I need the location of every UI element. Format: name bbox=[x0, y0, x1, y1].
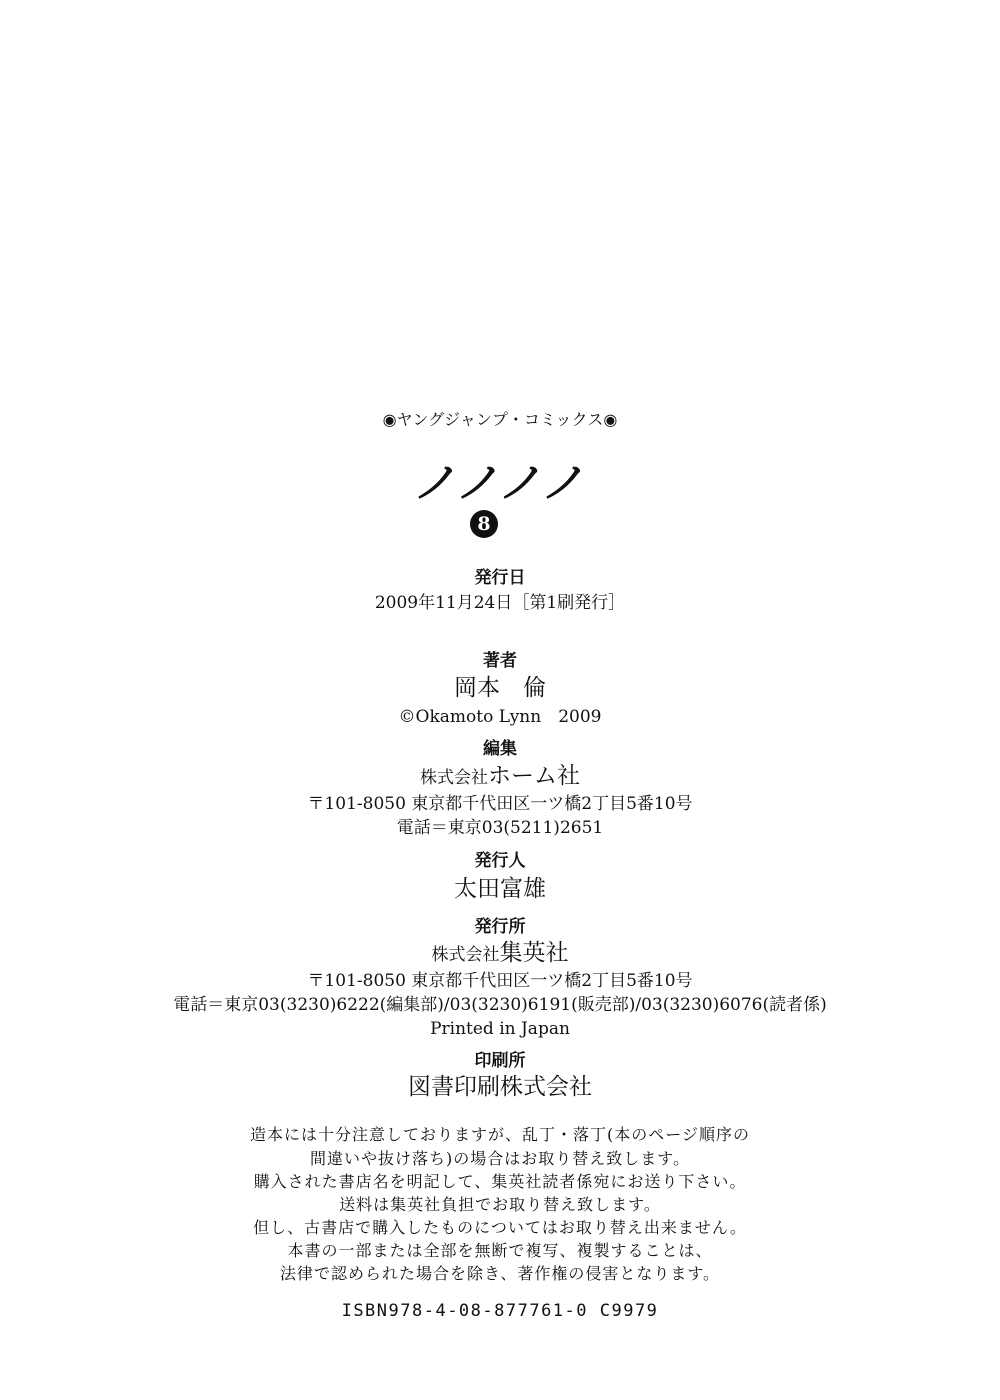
publisher-company-prefix: 株式会社 bbox=[432, 945, 500, 965]
notice-line: 購入された書店名を明記して、集英社読者係宛にお送り下さい。 bbox=[0, 1174, 1000, 1190]
publish-date-value: 2009年11月24日［第1刷発行］ bbox=[0, 595, 1000, 612]
publisher-person-label: 発行人 bbox=[0, 853, 1000, 870]
author-name: 岡本 倫 bbox=[0, 677, 1000, 700]
printed-in-japan: Printed in Japan bbox=[0, 1021, 1000, 1038]
notice-line: 送料は集英社負担でお取り替え致します。 bbox=[0, 1197, 1000, 1213]
editor-phone: 電話＝東京03(5211)2651 bbox=[0, 820, 1000, 837]
volume-number-badge: 8 bbox=[470, 510, 498, 538]
notice-line: 本書の一部または全部を無断で複写、複製することは、 bbox=[0, 1243, 1000, 1259]
publisher-company: 株式会社集英社 bbox=[0, 942, 1000, 965]
editor-label: 編集 bbox=[0, 741, 1000, 758]
publisher-label: 発行所 bbox=[0, 919, 1000, 936]
author-label: 著者 bbox=[0, 653, 1000, 670]
notice-line: 但し、古書店で購入したものについてはお取り替え出来ません。 bbox=[0, 1220, 1000, 1236]
editor-company-prefix: 株式会社 bbox=[420, 768, 488, 788]
editor-company-name: ホーム社 bbox=[488, 763, 580, 789]
notice-line: 造本には十分注意しておりますが、乱丁・落丁(本のページ順序の bbox=[0, 1127, 1000, 1143]
printer-name: 図書印刷株式会社 bbox=[0, 1076, 1000, 1099]
notice-line: 法律で認められた場合を除き、著作権の侵害となります。 bbox=[0, 1266, 1000, 1282]
publish-date-label: 発行日 bbox=[0, 570, 1000, 587]
book-title: ノノノノ bbox=[0, 462, 1000, 504]
printer-label: 印刷所 bbox=[0, 1053, 1000, 1070]
editor-company: 株式会社ホーム社 bbox=[0, 765, 1000, 788]
author-copyright: ©Okamoto Lynn 2009 bbox=[0, 709, 1000, 726]
publisher-phone: 電話＝東京03(3230)6222(編集部)/03(3230)6191(販売部)… bbox=[0, 997, 1000, 1014]
publisher-company-name: 集英社 bbox=[500, 940, 569, 966]
publisher-address: 〒101-8050 東京都千代田区一ツ橋2丁目5番10号 bbox=[0, 973, 1000, 990]
editor-address: 〒101-8050 東京都千代田区一ツ橋2丁目5番10号 bbox=[0, 796, 1000, 813]
series-name: ◉ヤングジャンプ・コミックス◉ bbox=[0, 412, 1000, 428]
isbn-code: ISBN978-4-08-877761-0 C9979 bbox=[0, 1303, 1000, 1320]
publisher-person-name: 太田富雄 bbox=[0, 878, 1000, 901]
notice-line: 間違いや抜け落ち)の場合はお取り替え致します。 bbox=[0, 1151, 1000, 1167]
